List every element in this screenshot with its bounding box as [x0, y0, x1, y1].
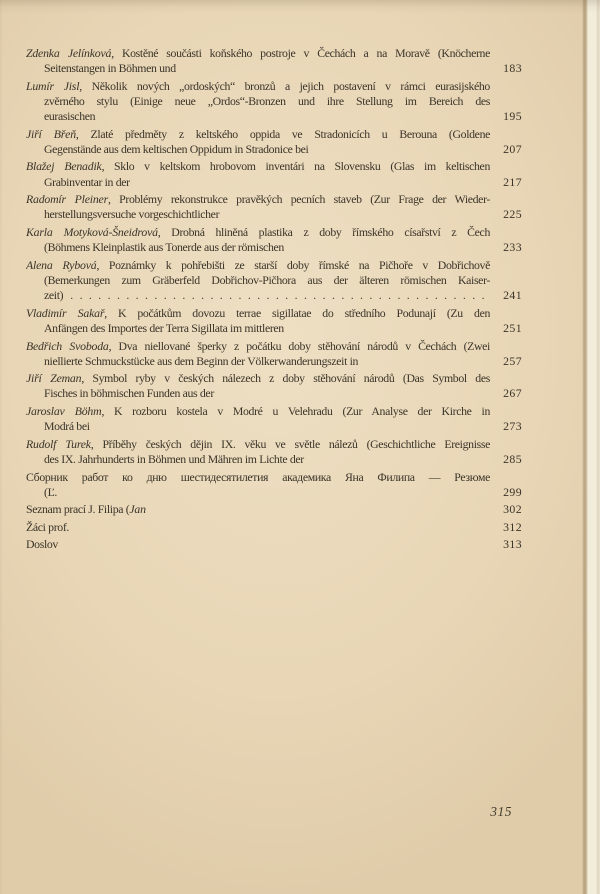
entry-text: , Symbol ryby v českých nálezech z doby …	[81, 371, 490, 385]
entry-text: herstellungsversuche vorgeschichtlicher …	[44, 207, 219, 222]
toc-page-number: 285	[490, 452, 522, 467]
toc-entry-line: zvěrného stylu (Einige neue „Ordos“-Bron…	[26, 94, 490, 109]
table-of-contents: Zdenka Jelínková, Kostěné součásti koňsk…	[26, 46, 522, 555]
toc-entry-line: Jiří Zeman, Symbol ryby v českých náleze…	[26, 371, 490, 386]
entry-text: , Dva niellované šperky z počátku doby s…	[109, 339, 490, 353]
entry-text: Gegenstände aus dem keltischen Oppidum i…	[44, 142, 308, 157]
toc-entry-line: (Böhmens Kleinplastik aus Tonerde aus de…	[26, 240, 490, 255]
toc-page-number: 299	[490, 485, 522, 500]
toc-entry-line: des IX. Jahrhunderts in Böhmen und Mähre…	[26, 452, 490, 467]
toc-entry-line: Zdenka Jelínková, Kostěné součásti koňsk…	[26, 46, 490, 61]
toc-entry-line: Jiří Břeň, Zlaté předměty z keltského op…	[26, 127, 490, 142]
author-name: Karla Motyková-Šneidrová	[26, 225, 158, 239]
toc-entry-line: Vladimír Sakař, K počátkům dovozu terrae…	[26, 306, 490, 321]
entry-text: zeit)	[44, 288, 63, 302]
entry-text: des IX. Jahrhunderts in Böhmen und Mähre…	[44, 452, 304, 467]
toc-page-number: 273	[490, 419, 522, 434]
toc-page-number: 217	[490, 175, 522, 190]
entry-text: Žáci prof. Filipa	[26, 520, 69, 535]
entry-text: Seznam prací J. Filipa (	[26, 502, 129, 516]
toc-entry-line: Seitenstangen in Böhmen und Mähren)	[26, 61, 490, 76]
toc-page-number: 207	[490, 142, 522, 157]
entry-text: , K počátkům dovozu terrae sigillatae do…	[104, 306, 490, 320]
author-name: Zdenka Jelínková	[26, 46, 111, 60]
toc-entry-line: Gegenstände aus dem keltischen Oppidum i…	[26, 142, 490, 157]
entry-text: , Poznámky k pohřebišti ze starší doby ř…	[96, 258, 490, 272]
entry-text: , Problémy rekonstrukce pravěkých pecníc…	[108, 192, 490, 206]
toc-page-number: 195	[490, 109, 522, 124]
toc-entry-line: Doslov redakce	[26, 537, 490, 552]
author-name: Rudolf Turek	[26, 437, 91, 451]
toc-entry-line: eurasischen Tierstils)	[26, 109, 490, 124]
toc-page-number: 267	[490, 386, 522, 401]
toc-entry: Karla Motyková-Šneidrová, Drobná hliněná…	[26, 225, 522, 255]
toc-entry-line: Blažej Benadik, Sklo v keltskom hrobovom…	[26, 159, 490, 174]
toc-entry-line: (Bemerkungen zum Gräberfeld Dobřichov-Pi…	[26, 273, 490, 288]
toc-entry: Alena Rybová, Poznámky k pohřebišti ze s…	[26, 258, 522, 304]
toc-entry-line: Radomír Pleiner, Problémy rekonstrukce p…	[26, 192, 490, 207]
toc-entry: Rudolf Turek, Příběhy českých dějin IX. …	[26, 437, 522, 467]
entry-text: Сборник работ ко дню шестидесятилетия ак…	[26, 470, 490, 484]
entry-text: Seitenstangen in Böhmen und Mähren)	[44, 61, 176, 76]
page-number-folio: 315	[490, 804, 512, 820]
toc-page-number: 251	[490, 321, 522, 336]
entry-text: , K rozboru kostela v Modré u Velehradu …	[101, 404, 490, 418]
toc-entry: Jiří Zeman, Symbol ryby v českých náleze…	[26, 371, 522, 401]
toc-entry-line: Fisches in böhmischen Funden aus der Völ…	[26, 386, 490, 401]
toc-page-number: 241	[490, 288, 522, 303]
entry-text: , Sklo v keltskom hrobovom inventári na …	[102, 159, 490, 173]
toc-entry: Lumír Jisl, Několik nových „ordoských“ b…	[26, 79, 522, 125]
author-name: Radomír Pleiner	[26, 192, 108, 206]
author-name: Jiří Břeň	[26, 127, 76, 141]
toc-entry-line: Grabinventar in der Slowakei)	[26, 175, 490, 190]
toc-entry-line: (Ľ. Kraskovská)	[26, 485, 490, 500]
toc-entry-line: Karla Motyková-Šneidrová, Drobná hliněná…	[26, 225, 490, 240]
author-name: Lumír Jisl	[26, 79, 79, 93]
toc-entry: Seznam prací J. Filipa (Jan Rataj)302	[26, 502, 522, 517]
toc-page-number: 302	[490, 502, 522, 517]
entry-text: (Ľ. Kraskovská)	[44, 485, 100, 500]
toc-page-number: 313	[490, 537, 522, 552]
toc-entry-line: herstellungsversuche vorgeschichtlicher …	[26, 207, 490, 222]
toc-entry: Jiří Břeň, Zlaté předměty z keltského op…	[26, 127, 522, 157]
entry-text: (Böhmens Kleinplastik aus Tonerde aus de…	[44, 240, 284, 255]
author-name: Jaroslav Böhm	[26, 404, 101, 418]
author-name: Blažej Benadik	[26, 159, 102, 173]
toc-entry-line: Lumír Jisl, Několik nových „ordoských“ b…	[26, 79, 490, 94]
toc-page-number: 257	[490, 354, 522, 369]
entry-text: Modrá bei Velehrad)	[44, 419, 90, 434]
toc-entry-line: Jaroslav Böhm, K rozboru kostela v Modré…	[26, 404, 490, 419]
toc-page-number: 225	[490, 207, 522, 222]
toc-entry: Сборник работ ко дню шестидесятилетия ак…	[26, 470, 522, 500]
entry-text: , Drobná hliněná plastika z doby římskéh…	[158, 225, 490, 239]
entry-text: niellierte Schmuckstücke aus dem Beginn …	[44, 354, 358, 369]
entry-text: Doslov redakce	[26, 537, 60, 552]
toc-page-number: 312	[490, 520, 522, 535]
scanned-book-page: Zdenka Jelínková, Kostěné součásti koňsk…	[0, 0, 600, 894]
entry-text: zvěrného stylu (Einige neue „Ordos“-Bron…	[44, 94, 490, 108]
entry-text: , Několik nových „ordoských“ bronzů a je…	[79, 79, 490, 93]
toc-page-number: 233	[490, 240, 522, 255]
toc-entry: Blažej Benadik, Sklo v keltskom hrobovom…	[26, 159, 522, 189]
toc-entry: Bedřich Svoboda, Dva niellované šperky z…	[26, 339, 522, 369]
entry-text: Anfängen des Importes der Terra Sigillat…	[44, 321, 284, 336]
toc-entry-line: zeit)	[26, 288, 490, 303]
toc-entry: Vladimír Sakař, K počátkům dovozu terrae…	[26, 306, 522, 336]
toc-entry: Radomír Pleiner, Problémy rekonstrukce p…	[26, 192, 522, 222]
toc-entry-line: Žáci prof. Filipa	[26, 520, 490, 535]
entry-text: (Bemerkungen zum Gräberfeld Dobřichov-Pi…	[44, 273, 490, 287]
toc-entry-line: Сборник работ ко дню шестидесятилетия ак…	[26, 470, 490, 485]
toc-entry-line: Alena Rybová, Poznámky k pohřebišti ze s…	[26, 258, 490, 273]
toc-entry-line: Anfängen des Importes der Terra Sigillat…	[26, 321, 490, 336]
entry-text: , Zlaté předměty z keltského oppida ve S…	[76, 127, 490, 141]
toc-entry-line: Bedřich Svoboda, Dva niellované šperky z…	[26, 339, 490, 354]
toc-entry: Doslov redakce313	[26, 537, 522, 552]
author-name: Vladimír Sakař	[26, 306, 104, 320]
entry-text: , Příběhy českých dějin IX. věku ve svět…	[91, 437, 490, 451]
toc-entry-line: niellierte Schmuckstücke aus dem Beginn …	[26, 354, 490, 369]
author-name: Alena Rybová	[26, 258, 96, 272]
author-name: Jiří Zeman	[26, 371, 81, 385]
toc-entry-line: Seznam prací J. Filipa (Jan Rataj)	[26, 502, 490, 517]
toc-entry-line: Rudolf Turek, Příběhy českých dějin IX. …	[26, 437, 490, 452]
entry-text: , Kostěné součásti koňského postroje v Č…	[111, 46, 490, 60]
toc-page-number: 183	[490, 61, 522, 76]
toc-entry: Žáci prof. Filipa312	[26, 520, 522, 535]
entry-text: Fisches in böhmischen Funden aus der Völ…	[44, 386, 214, 401]
author-name: Bedřich Svoboda	[26, 339, 109, 353]
toc-entry-line: Modrá bei Velehrad)	[26, 419, 490, 434]
entry-text: Grabinventar in der Slowakei)	[44, 175, 130, 190]
toc-entry: Jaroslav Böhm, K rozboru kostela v Modré…	[26, 404, 522, 434]
entry-text: eurasischen Tierstils)	[44, 109, 95, 124]
toc-entry: Zdenka Jelínková, Kostěné součásti koňsk…	[26, 46, 522, 76]
